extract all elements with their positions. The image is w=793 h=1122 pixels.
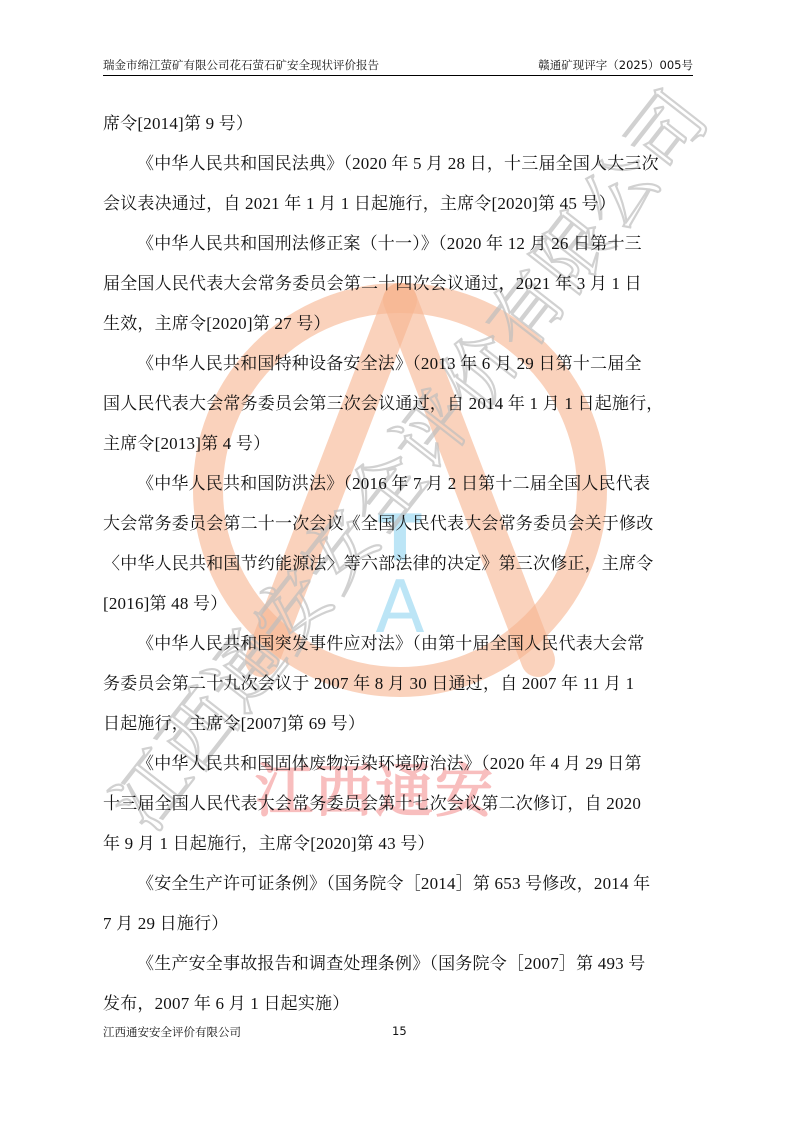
- paragraph: 《中华人民共和国民法典》（2020 年 5 月 28 日，十三届全国人大三次 会…: [103, 144, 693, 224]
- page-footer: 江西通安安全评价有限公司 15: [103, 1024, 693, 1040]
- paragraph: 《中华人民共和国刑法修正案（十一）》（2020 年 12 月 26 日第十三 届…: [103, 224, 693, 344]
- document-body: 席令[2014]第 9 号） 《中华人民共和国民法典》（2020 年 5 月 2…: [103, 104, 693, 1024]
- text-line: 《中华人民共和国刑法修正案（十一）》（2020 年 12 月 26 日第十三: [103, 224, 693, 264]
- text-line: 年 9 月 1 日起施行，主席令[2020]第 43 号）: [103, 824, 693, 864]
- paragraph: 《中华人民共和国特种设备安全法》（2013 年 6 月 29 日第十二届全 国人…: [103, 344, 693, 464]
- text-line: 十三届全国人民代表大会常务委员会第十七次会议第二次修订，自 2020: [103, 784, 693, 824]
- text-line: 《中华人民共和国防洪法》（2016 年 7 月 2 日第十二届全国人民代表: [103, 464, 693, 504]
- page-number: 15: [392, 1024, 407, 1038]
- text-line: 《中华人民共和国突发事件应对法》（由第十届全国人民代表大会常: [103, 624, 693, 664]
- paragraph: 《中华人民共和国突发事件应对法》（由第十届全国人民代表大会常 务委员会第二十九次…: [103, 624, 693, 744]
- text-line: 发布，2007 年 6 月 1 日起实施）: [103, 984, 693, 1024]
- text-line: 国人民代表大会常务委员会第三次会议通过，自 2014 年 1 月 1 日起施行，: [103, 384, 693, 424]
- paragraph: 席令[2014]第 9 号）: [103, 104, 693, 144]
- text-line: 《中华人民共和国特种设备安全法》（2013 年 6 月 29 日第十二届全: [103, 344, 693, 384]
- paragraph: 《生产安全事故报告和调查处理条例》（国务院令［2007］第 493 号 发布，2…: [103, 944, 693, 1024]
- text-line: 《中华人民共和国固体废物污染环境防治法》（2020 年 4 月 29 日第: [103, 744, 693, 784]
- text-line: 生效，主席令[2020]第 27 号）: [103, 304, 693, 344]
- text-line: 大会常务委员会第二十一次会议《全国人民代表大会常务委员会关于修改: [103, 504, 693, 544]
- footer-company: 江西通安安全评价有限公司: [103, 1024, 241, 1040]
- text-line: 7 月 29 日施行）: [103, 904, 693, 944]
- report-number: 赣通矿现评字（2025）005号: [538, 57, 693, 73]
- text-line: 席令[2014]第 9 号）: [103, 104, 693, 144]
- text-line: 主席令[2013]第 4 号）: [103, 424, 693, 464]
- paragraph: 《安全生产许可证条例》（国务院令［2014］第 653 号修改，2014 年 7…: [103, 864, 693, 944]
- text-line: [2016]第 48 号）: [103, 584, 693, 624]
- report-title: 瑞金市绵江萤矿有限公司花石萤石矿安全现状评价报告: [103, 57, 379, 73]
- text-line: 〈中华人民共和国节约能源法〉等六部法律的决定》第三次修正，主席令: [103, 544, 693, 584]
- text-line: 《中华人民共和国民法典》（2020 年 5 月 28 日，十三届全国人大三次: [103, 144, 693, 184]
- text-line: 日起施行，主席令[2007]第 69 号）: [103, 704, 693, 744]
- text-line: 务委员会第二十九次会议于 2007 年 8 月 30 日通过，自 2007 年 …: [103, 664, 693, 704]
- text-line: 《安全生产许可证条例》（国务院令［2014］第 653 号修改，2014 年: [103, 864, 693, 904]
- paragraph: 《中华人民共和国防洪法》（2016 年 7 月 2 日第十二届全国人民代表 大会…: [103, 464, 693, 624]
- text-line: 会议表决通过，自 2021 年 1 月 1 日起施行，主席令[2020]第 45…: [103, 184, 693, 224]
- page-header: 瑞金市绵江萤矿有限公司花石萤石矿安全现状评价报告 赣通矿现评字（2025）005…: [103, 55, 693, 76]
- paragraph: 《中华人民共和国固体废物污染环境防治法》（2020 年 4 月 29 日第 十三…: [103, 744, 693, 864]
- text-line: 《生产安全事故报告和调查处理条例》（国务院令［2007］第 493 号: [103, 944, 693, 984]
- text-line: 届全国人民代表大会常务委员会第二十四次会议通过，2021 年 3 月 1 日: [103, 264, 693, 304]
